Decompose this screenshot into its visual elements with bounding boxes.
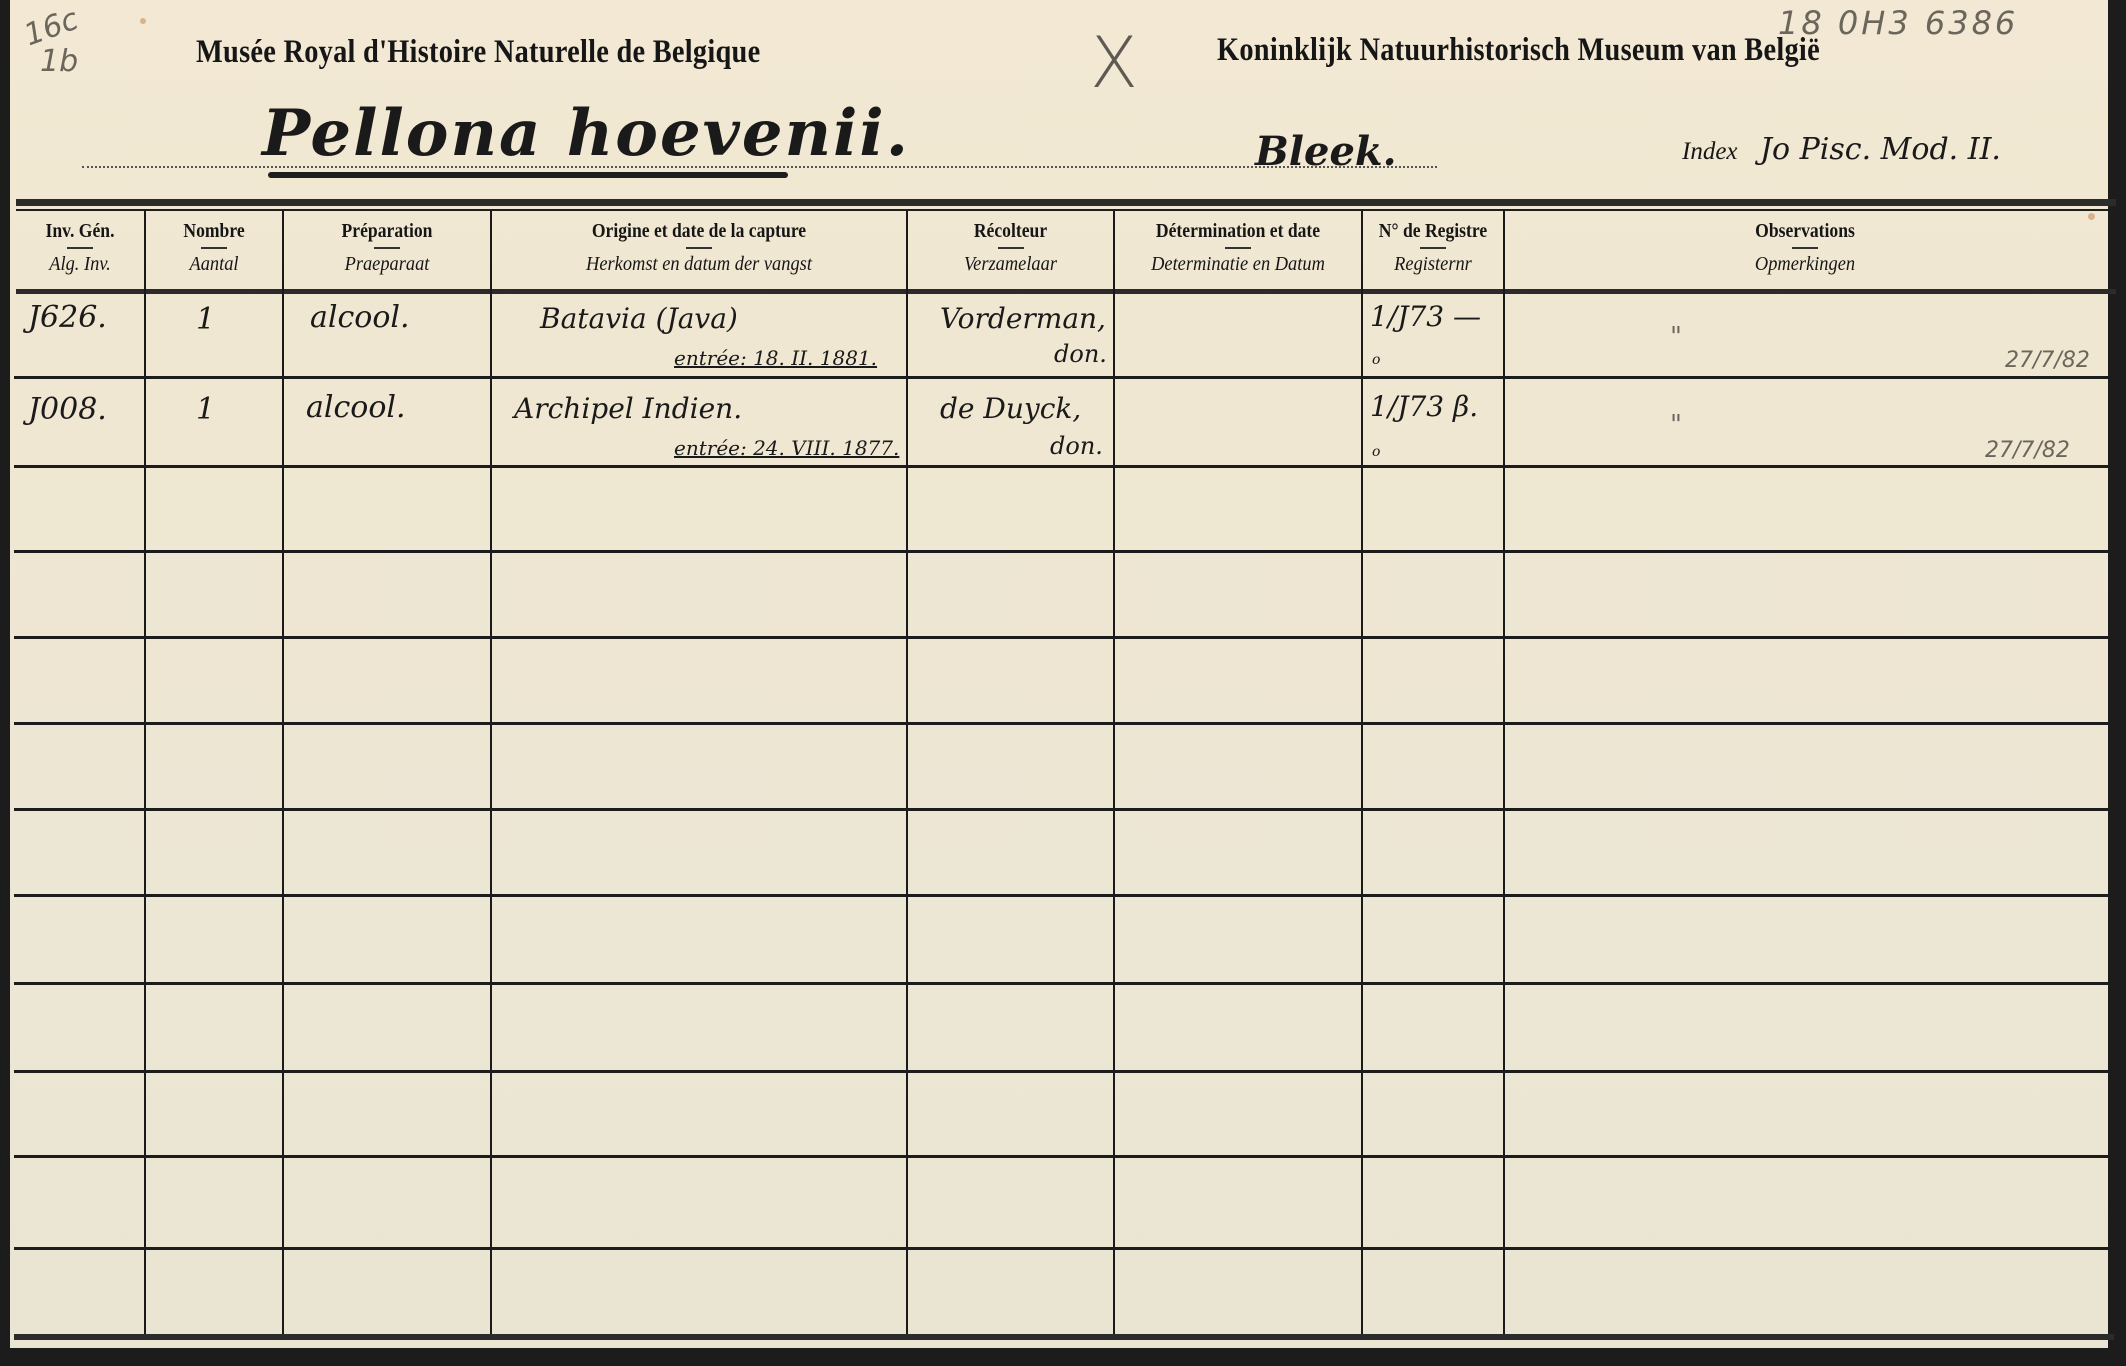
table-bottom-rule bbox=[14, 1334, 2114, 1340]
header-dash bbox=[201, 247, 227, 249]
species-name: Pellona hoevenii. bbox=[262, 96, 910, 171]
row-divider bbox=[14, 1155, 2114, 1158]
column-header-fr: Nombre bbox=[154, 220, 274, 243]
cell-registre-mark: o bbox=[1372, 352, 1380, 368]
column-header-fr: Observations bbox=[1541, 220, 2069, 243]
cell-preparation: alcool. bbox=[306, 390, 406, 425]
cell-recolteur-note: don. bbox=[1054, 340, 1107, 368]
column-header-nl: Determinatie en Datum bbox=[1125, 253, 1351, 276]
column-header-nl: Praeparaat bbox=[292, 253, 482, 276]
row-divider bbox=[14, 982, 2114, 985]
column-header-nl: Herkomst en datum der vangst bbox=[509, 253, 890, 276]
index-label: Index bbox=[1682, 138, 1738, 166]
row-divider bbox=[14, 722, 2114, 725]
column-header-nl: Opmerkingen bbox=[1529, 253, 2081, 276]
cell-entree-date: entrée: 24. VIII. 1877. bbox=[674, 436, 899, 460]
row-divider bbox=[14, 1247, 2114, 1250]
column-header-nombre: Nombre Aantal bbox=[146, 208, 282, 288]
stain-spot bbox=[140, 18, 146, 24]
header-dash bbox=[1792, 247, 1818, 249]
column-header-determination: Détermination et date Determinatie en Da… bbox=[1115, 208, 1361, 288]
column-header-preparation: Préparation Praeparaat bbox=[284, 208, 490, 288]
cell-entree-date: entrée: 18. II. 1881. bbox=[674, 346, 877, 370]
header-dash bbox=[1420, 247, 1446, 249]
header-bottom-rule bbox=[16, 289, 2116, 294]
row-divider bbox=[14, 550, 2114, 553]
cell-preparation: alcool. bbox=[310, 300, 410, 335]
column-header-nl: Verzamelaar bbox=[916, 253, 1105, 276]
museum-name-dutch: Koninklijk Natuurhistorisch Museum van B… bbox=[1217, 32, 1820, 69]
cell-origine: Archipel Indien. bbox=[514, 392, 742, 425]
cell-observations-ditto: " bbox=[1670, 410, 1682, 440]
cross-mark: X bbox=[1090, 22, 1138, 104]
header-dash bbox=[67, 247, 93, 249]
cell-recolteur-note: don. bbox=[1050, 432, 1103, 460]
specimen-card: 16c 1b 18 0H3 6386 X Musée Royal d'Histo… bbox=[10, 0, 2108, 1348]
row-divider bbox=[14, 465, 2114, 468]
column-header-inv: Inv. Gén. Alg. Inv. bbox=[16, 208, 144, 288]
column-header-fr: Récolteur bbox=[920, 220, 1100, 243]
column-header-nl: Aantal bbox=[151, 253, 276, 276]
cell-observations-date: 27/7/82 bbox=[1985, 438, 2070, 463]
header-dash bbox=[686, 247, 712, 249]
museum-name-french: Musée Royal d'Histoire Naturelle de Belg… bbox=[196, 34, 760, 71]
column-header-fr: Détermination et date bbox=[1130, 220, 1346, 243]
column-header-fr: Inv. Gén. bbox=[24, 220, 137, 243]
header-dash bbox=[998, 247, 1024, 249]
index-value: Jo Pisc. Mod. II. bbox=[1760, 132, 2001, 167]
column-header-fr: Préparation bbox=[296, 220, 477, 243]
cell-registre: 1/J73 β. bbox=[1370, 390, 1478, 423]
species-underline bbox=[268, 172, 788, 178]
table-top-rule bbox=[16, 199, 2116, 206]
cell-nombre: 1 bbox=[196, 302, 215, 337]
cell-observations-date: 27/7/82 bbox=[2005, 348, 2090, 373]
header-dash bbox=[1225, 247, 1251, 249]
pencil-note-1b: 1b bbox=[40, 44, 78, 79]
cell-observations-ditto: " bbox=[1670, 322, 1682, 352]
column-header-fr: N° de Registre bbox=[1371, 220, 1494, 243]
row-divider bbox=[14, 894, 2114, 897]
cell-registre: 1/J73 — bbox=[1370, 300, 1481, 333]
cell-inv: J626. bbox=[28, 300, 107, 335]
cell-recolteur: de Duyck, bbox=[940, 392, 1081, 425]
row-divider bbox=[14, 808, 2114, 811]
column-header-registre: N° de Registre Registernr bbox=[1363, 208, 1503, 288]
cell-registre-mark: o bbox=[1372, 444, 1380, 460]
column-header-recolteur: Récolteur Verzamelaar bbox=[908, 208, 1113, 288]
column-header-nl: Registernr bbox=[1369, 253, 1498, 276]
row-divider bbox=[14, 636, 2114, 639]
cell-origine: Batavia (Java) bbox=[540, 302, 738, 335]
cell-inv: J008. bbox=[28, 392, 107, 427]
header-dash bbox=[374, 247, 400, 249]
column-header-fr: Origine et date de la capture bbox=[517, 220, 881, 243]
cell-recolteur: Vorderman, bbox=[940, 302, 1106, 335]
column-header-observations: Observations Opmerkingen bbox=[1505, 208, 2105, 288]
species-author: Bleek. bbox=[1255, 128, 1397, 175]
column-header-nl: Alg. Inv. bbox=[21, 253, 139, 276]
row-divider bbox=[14, 376, 2114, 379]
row-divider bbox=[14, 1070, 2114, 1073]
cell-nombre: 1 bbox=[196, 392, 215, 427]
column-header-origine: Origine et date de la capture Herkomst e… bbox=[492, 208, 906, 288]
